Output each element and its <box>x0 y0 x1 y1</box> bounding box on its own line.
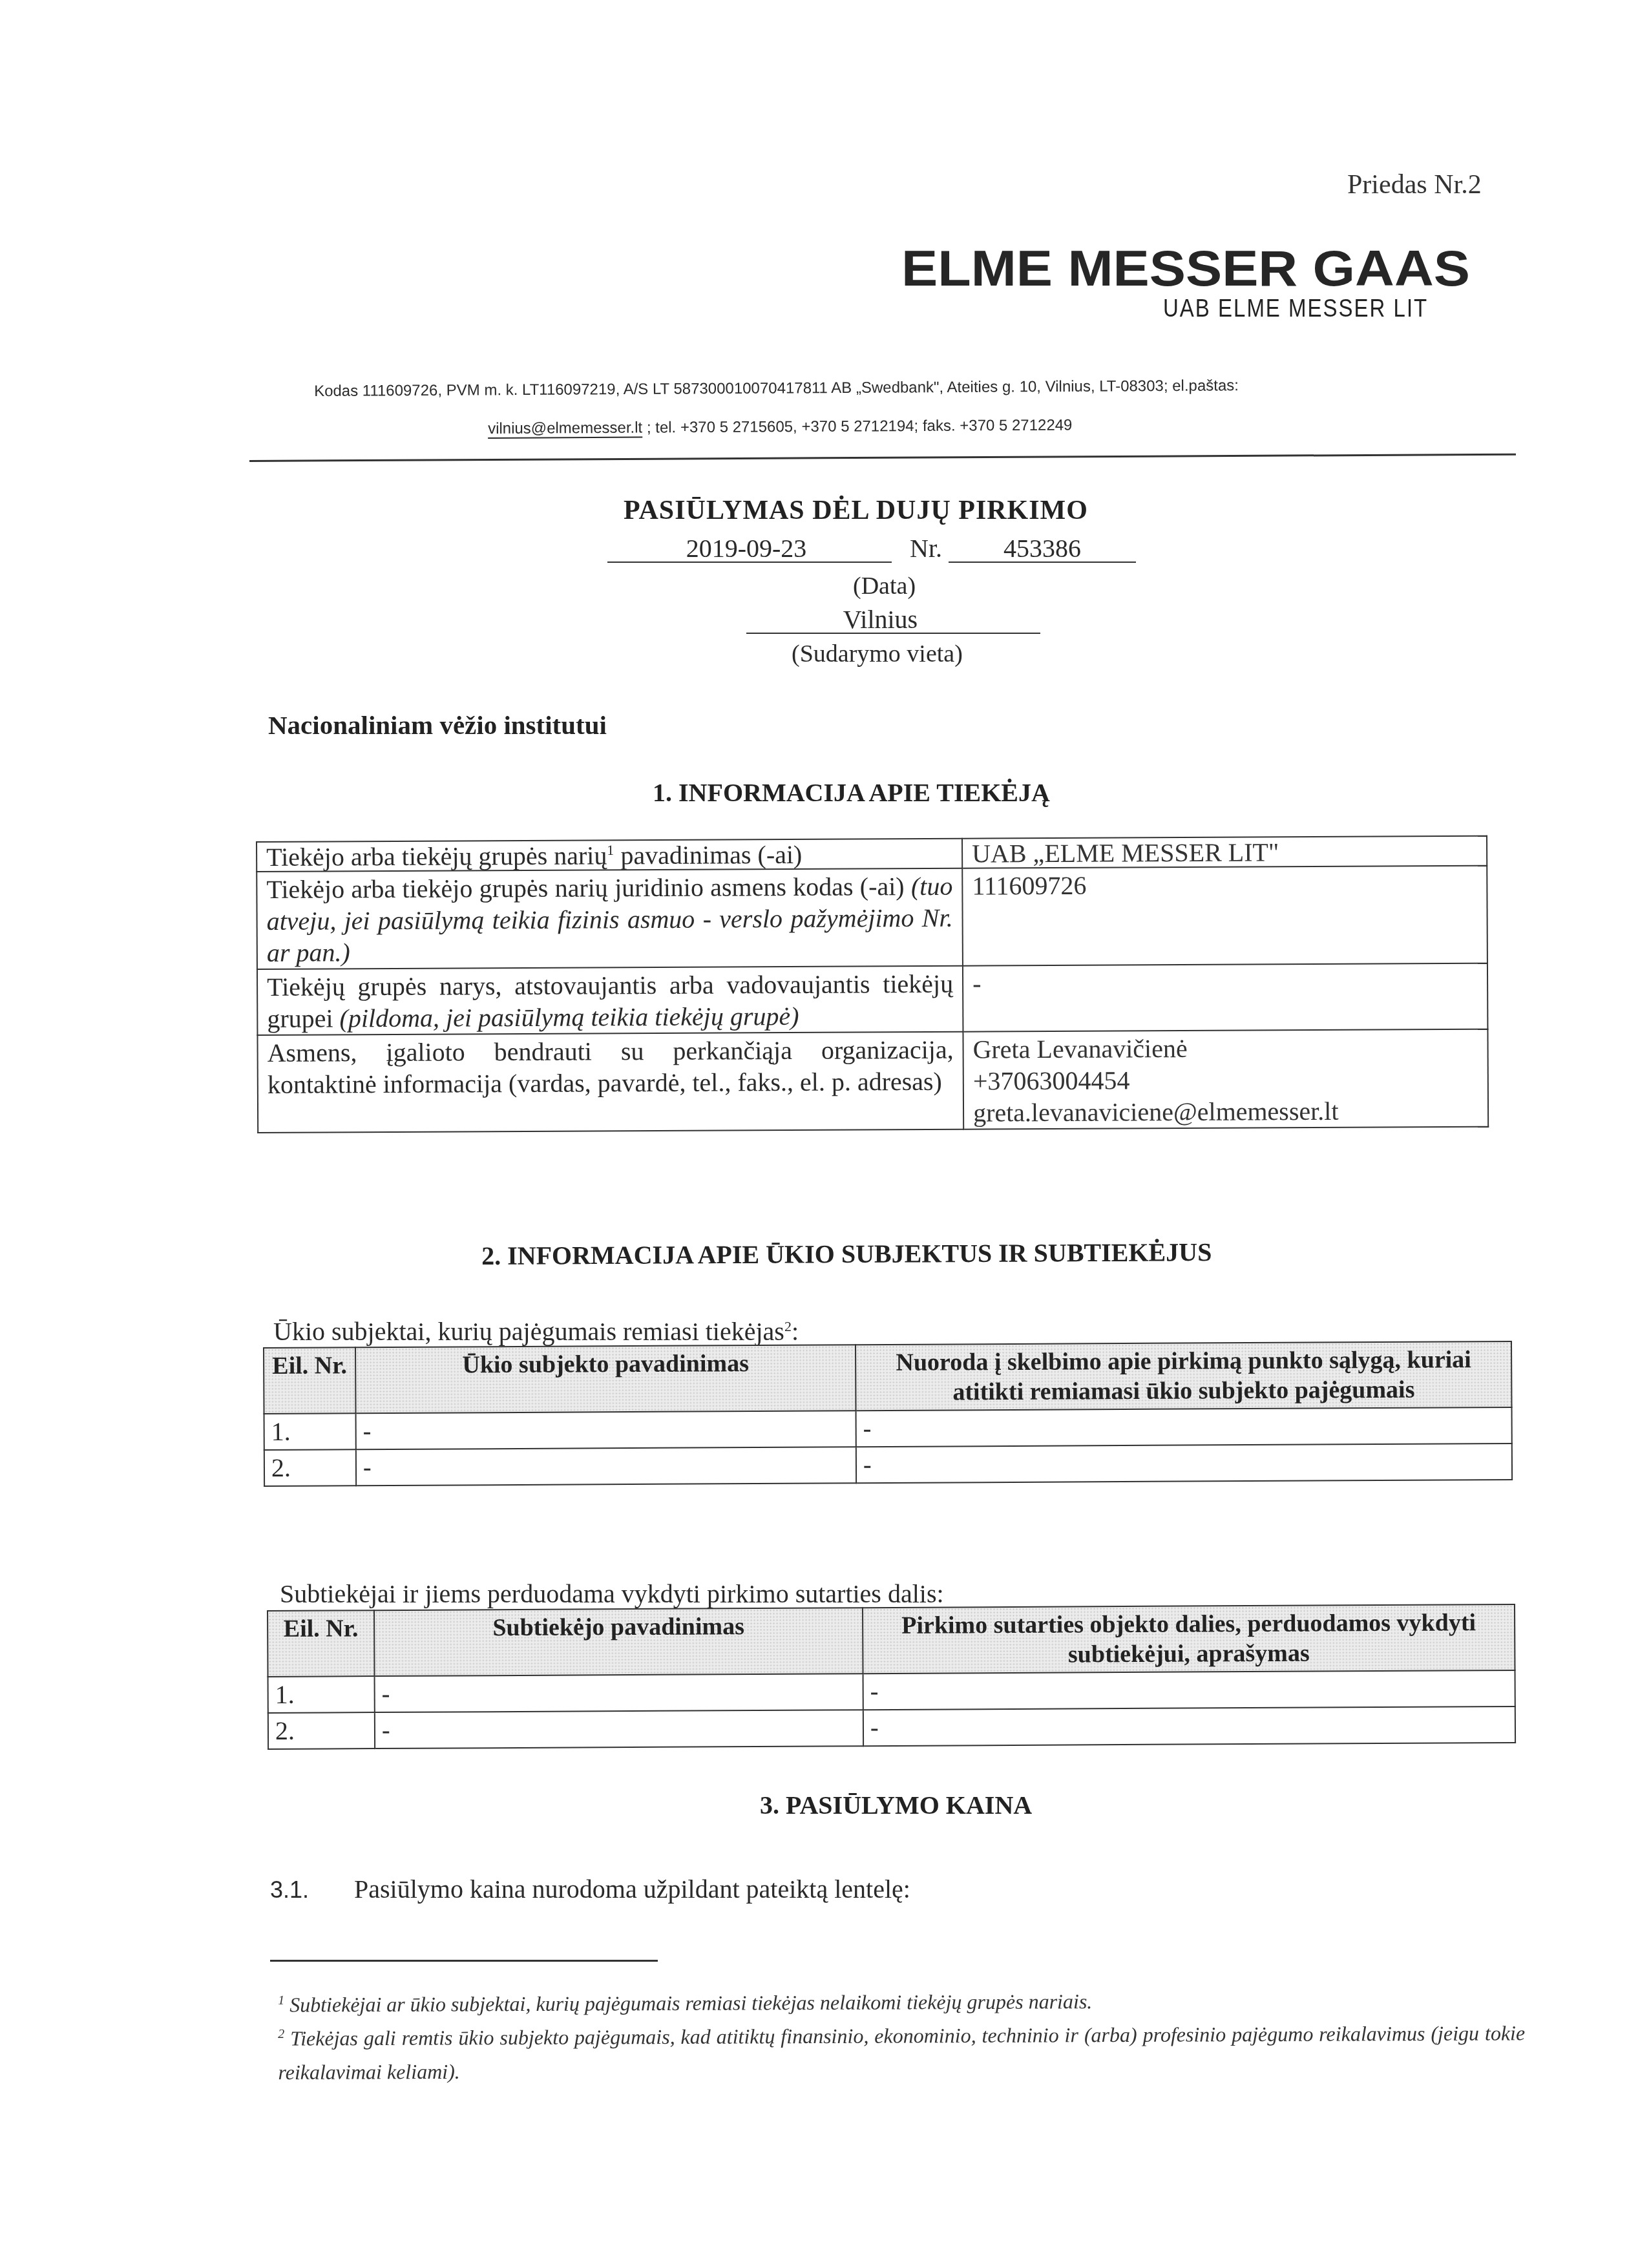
footnote-ref-2: 2 <box>784 1318 792 1334</box>
table-row: 1. - - <box>268 1670 1515 1713</box>
subcontractor-name-cell: - <box>375 1710 863 1748</box>
company-phones: ; tel. +370 5 2715605, +370 5 2712194; f… <box>642 416 1072 436</box>
table-row: Tiekėjų grupės narys, atstovaujantis arb… <box>257 963 1487 1035</box>
logo-subtitle: UAB ELME MESSER LIT <box>1163 294 1428 322</box>
place-caption: (Sudarymo vieta) <box>792 640 963 668</box>
clause-text: Pasiūlymo kaina nurodoma užpildant patei… <box>354 1874 910 1904</box>
company-details-line: Kodas 111609726, PVM m. k. LT116097219, … <box>314 377 1239 401</box>
entity-name-cell: - <box>356 1447 856 1486</box>
date-number-line: 2019-09-23 Nr. 453386 <box>607 533 1136 563</box>
row-label: Tiekėjo arba tiekėjų grupės narių1 pavad… <box>257 839 962 872</box>
description-cell: - <box>863 1670 1515 1710</box>
company-logo: ELME MESSER GAAS <box>901 246 1470 291</box>
contact-phone: +37063004454 <box>973 1063 1478 1097</box>
table-row: Asmens, įgalioto bendrauti su perkančiąj… <box>257 1029 1488 1133</box>
document-title: PASIŪLYMAS DĖL DUJŲ PIRKIMO <box>624 495 1088 526</box>
footnote-2: 2 Tiekėjas gali remtis ūkio subjekto paj… <box>278 2012 1525 2089</box>
subcontractor-name-cell: - <box>375 1674 863 1712</box>
number-label: Nr. <box>910 534 942 563</box>
reference-cell: - <box>856 1407 1512 1447</box>
date-caption: (Data) <box>853 572 916 600</box>
contact-email[interactable]: greta.levanaviciene@elmemesser.lt <box>973 1095 1478 1129</box>
section-3-heading: 3. PASIŪLYMO KAINA <box>760 1790 1032 1820</box>
table-row: 2. - - <box>268 1706 1515 1749</box>
col-header-no: Eil. Nr. <box>264 1347 356 1414</box>
header-divider <box>249 454 1516 462</box>
entity-name-cell: - <box>356 1411 856 1449</box>
logo-text: ELME MESSER GAAS <box>901 246 1470 291</box>
footnote-divider <box>270 1960 658 1962</box>
table-header-row: Eil. Nr. Ūkio subjekto pavadinimas Nuoro… <box>264 1341 1512 1414</box>
col-header-entity-name: Ūkio subjekto pavadinimas <box>355 1345 856 1413</box>
subcontractors-intro: Subtiekėjai ir jiems perduodama vykdyti … <box>280 1579 944 1609</box>
row-no: 1. <box>268 1676 375 1713</box>
section-2-heading: 2. INFORMACIJA APIE ŪKIO SUBJEKTUS IR SU… <box>481 1237 1212 1271</box>
reference-cell: - <box>856 1444 1512 1483</box>
row-label: Asmens, įgalioto bendrauti su perkančiąj… <box>257 1032 963 1133</box>
footnote-ref-1: 1 <box>607 842 614 858</box>
row-no: 1. <box>264 1413 356 1450</box>
row-label: Tiekėjų grupės narys, atstovaujantis arb… <box>257 966 963 1035</box>
col-header-description: Pirkimo sutarties objekto dalies, perduo… <box>863 1604 1515 1674</box>
row-no: 2. <box>268 1712 375 1749</box>
col-header-reference: Nuoroda į skelbimo apie pirkimą punkto s… <box>856 1341 1512 1411</box>
clause-number: 3.1. <box>270 1876 354 1904</box>
supplier-info-table: Tiekėjo arba tiekėjų grupės narių1 pavad… <box>256 835 1489 1133</box>
date-field: 2019-09-23 <box>607 536 892 563</box>
supplier-name-value: UAB „ELME MESSER LIT" <box>962 836 1487 868</box>
recipient: Nacionaliniam vėžio institutui <box>268 709 607 740</box>
section-1-heading: 1. INFORMACIJA APIE TIEKĖJĄ <box>653 777 1050 808</box>
company-contact-line: vilnius@elmemesser.lt ; tel. +370 5 2715… <box>488 416 1073 438</box>
place-field: Vilnius <box>746 604 1040 635</box>
table-row: Tiekėjo arba tiekėjo grupės narių juridi… <box>257 866 1487 969</box>
row-label: Tiekėjo arba tiekėjo grupės narių juridi… <box>257 868 963 969</box>
company-email-link[interactable]: vilnius@elmemesser.lt <box>488 419 642 437</box>
economic-entities-table: Eil. Nr. Ūkio subjekto pavadinimas Nuoro… <box>263 1341 1513 1487</box>
subcontractors-table: Eil. Nr. Subtiekėjo pavadinimas Pirkimo … <box>267 1604 1516 1750</box>
contact-person-value: Greta Levanavičienė +37063004454 greta.l… <box>963 1029 1488 1129</box>
clause-3-1: 3.1.Pasiūlymo kaina nurodoma užpildant p… <box>270 1874 910 1904</box>
table-row: 2. - - <box>264 1444 1512 1486</box>
col-header-no: Eil. Nr. <box>268 1610 375 1677</box>
description-cell: - <box>863 1706 1515 1746</box>
company-code-value: 111609726 <box>962 866 1487 966</box>
entities-intro: Ūkio subjektai, kurių pajėgumais remiasi… <box>273 1316 799 1347</box>
row-no: 2. <box>264 1449 356 1486</box>
contact-name: Greta Levanavičienė <box>972 1031 1478 1066</box>
table-header-row: Eil. Nr. Subtiekėjo pavadinimas Pirkimo … <box>268 1604 1515 1677</box>
annex-label: Priedas Nr.2 <box>1347 169 1482 200</box>
table-row: 1. - - <box>264 1407 1512 1450</box>
number-field: 453386 <box>949 536 1136 563</box>
group-representative-value: - <box>963 963 1487 1032</box>
col-header-subcontractor-name: Subtiekėjo pavadinimas <box>374 1608 863 1676</box>
